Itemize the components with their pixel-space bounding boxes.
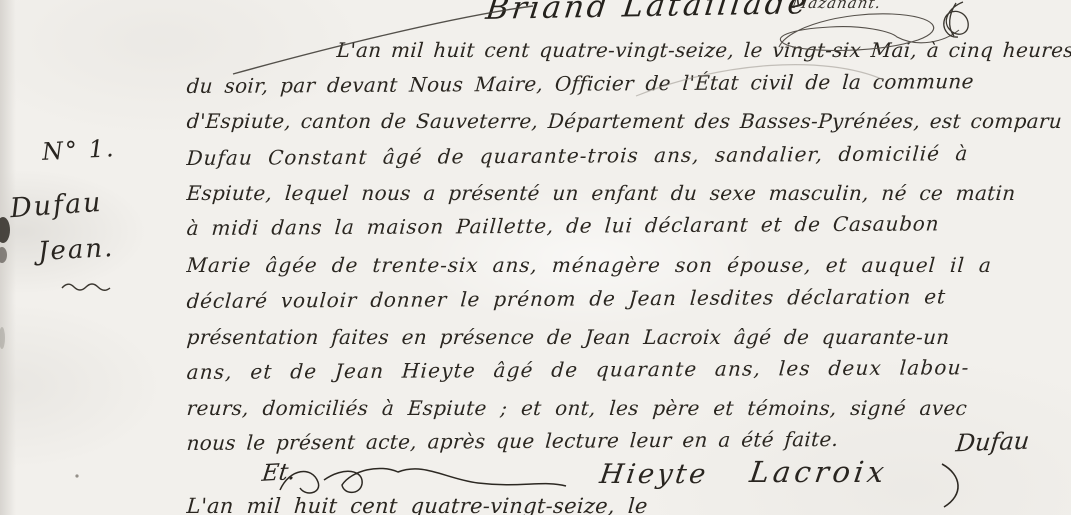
faint-sweep-stroke [636, 65, 884, 96]
ink-blob [0, 247, 7, 263]
ink-blob [0, 217, 10, 243]
paraphe-loop [779, 14, 959, 51]
closing-flourish [942, 464, 958, 507]
margin-underline-squiggle [62, 284, 110, 290]
ink-speck [75, 474, 78, 477]
diagonal-pen-stroke [233, 6, 533, 74]
ink-blob [0, 327, 5, 349]
scanned-register-page: N° 1. Dufau Jean. Briand Lataillade Maza… [0, 0, 1071, 515]
left-signature-scribble [280, 468, 566, 493]
pen-flourishes [0, 0, 1071, 515]
